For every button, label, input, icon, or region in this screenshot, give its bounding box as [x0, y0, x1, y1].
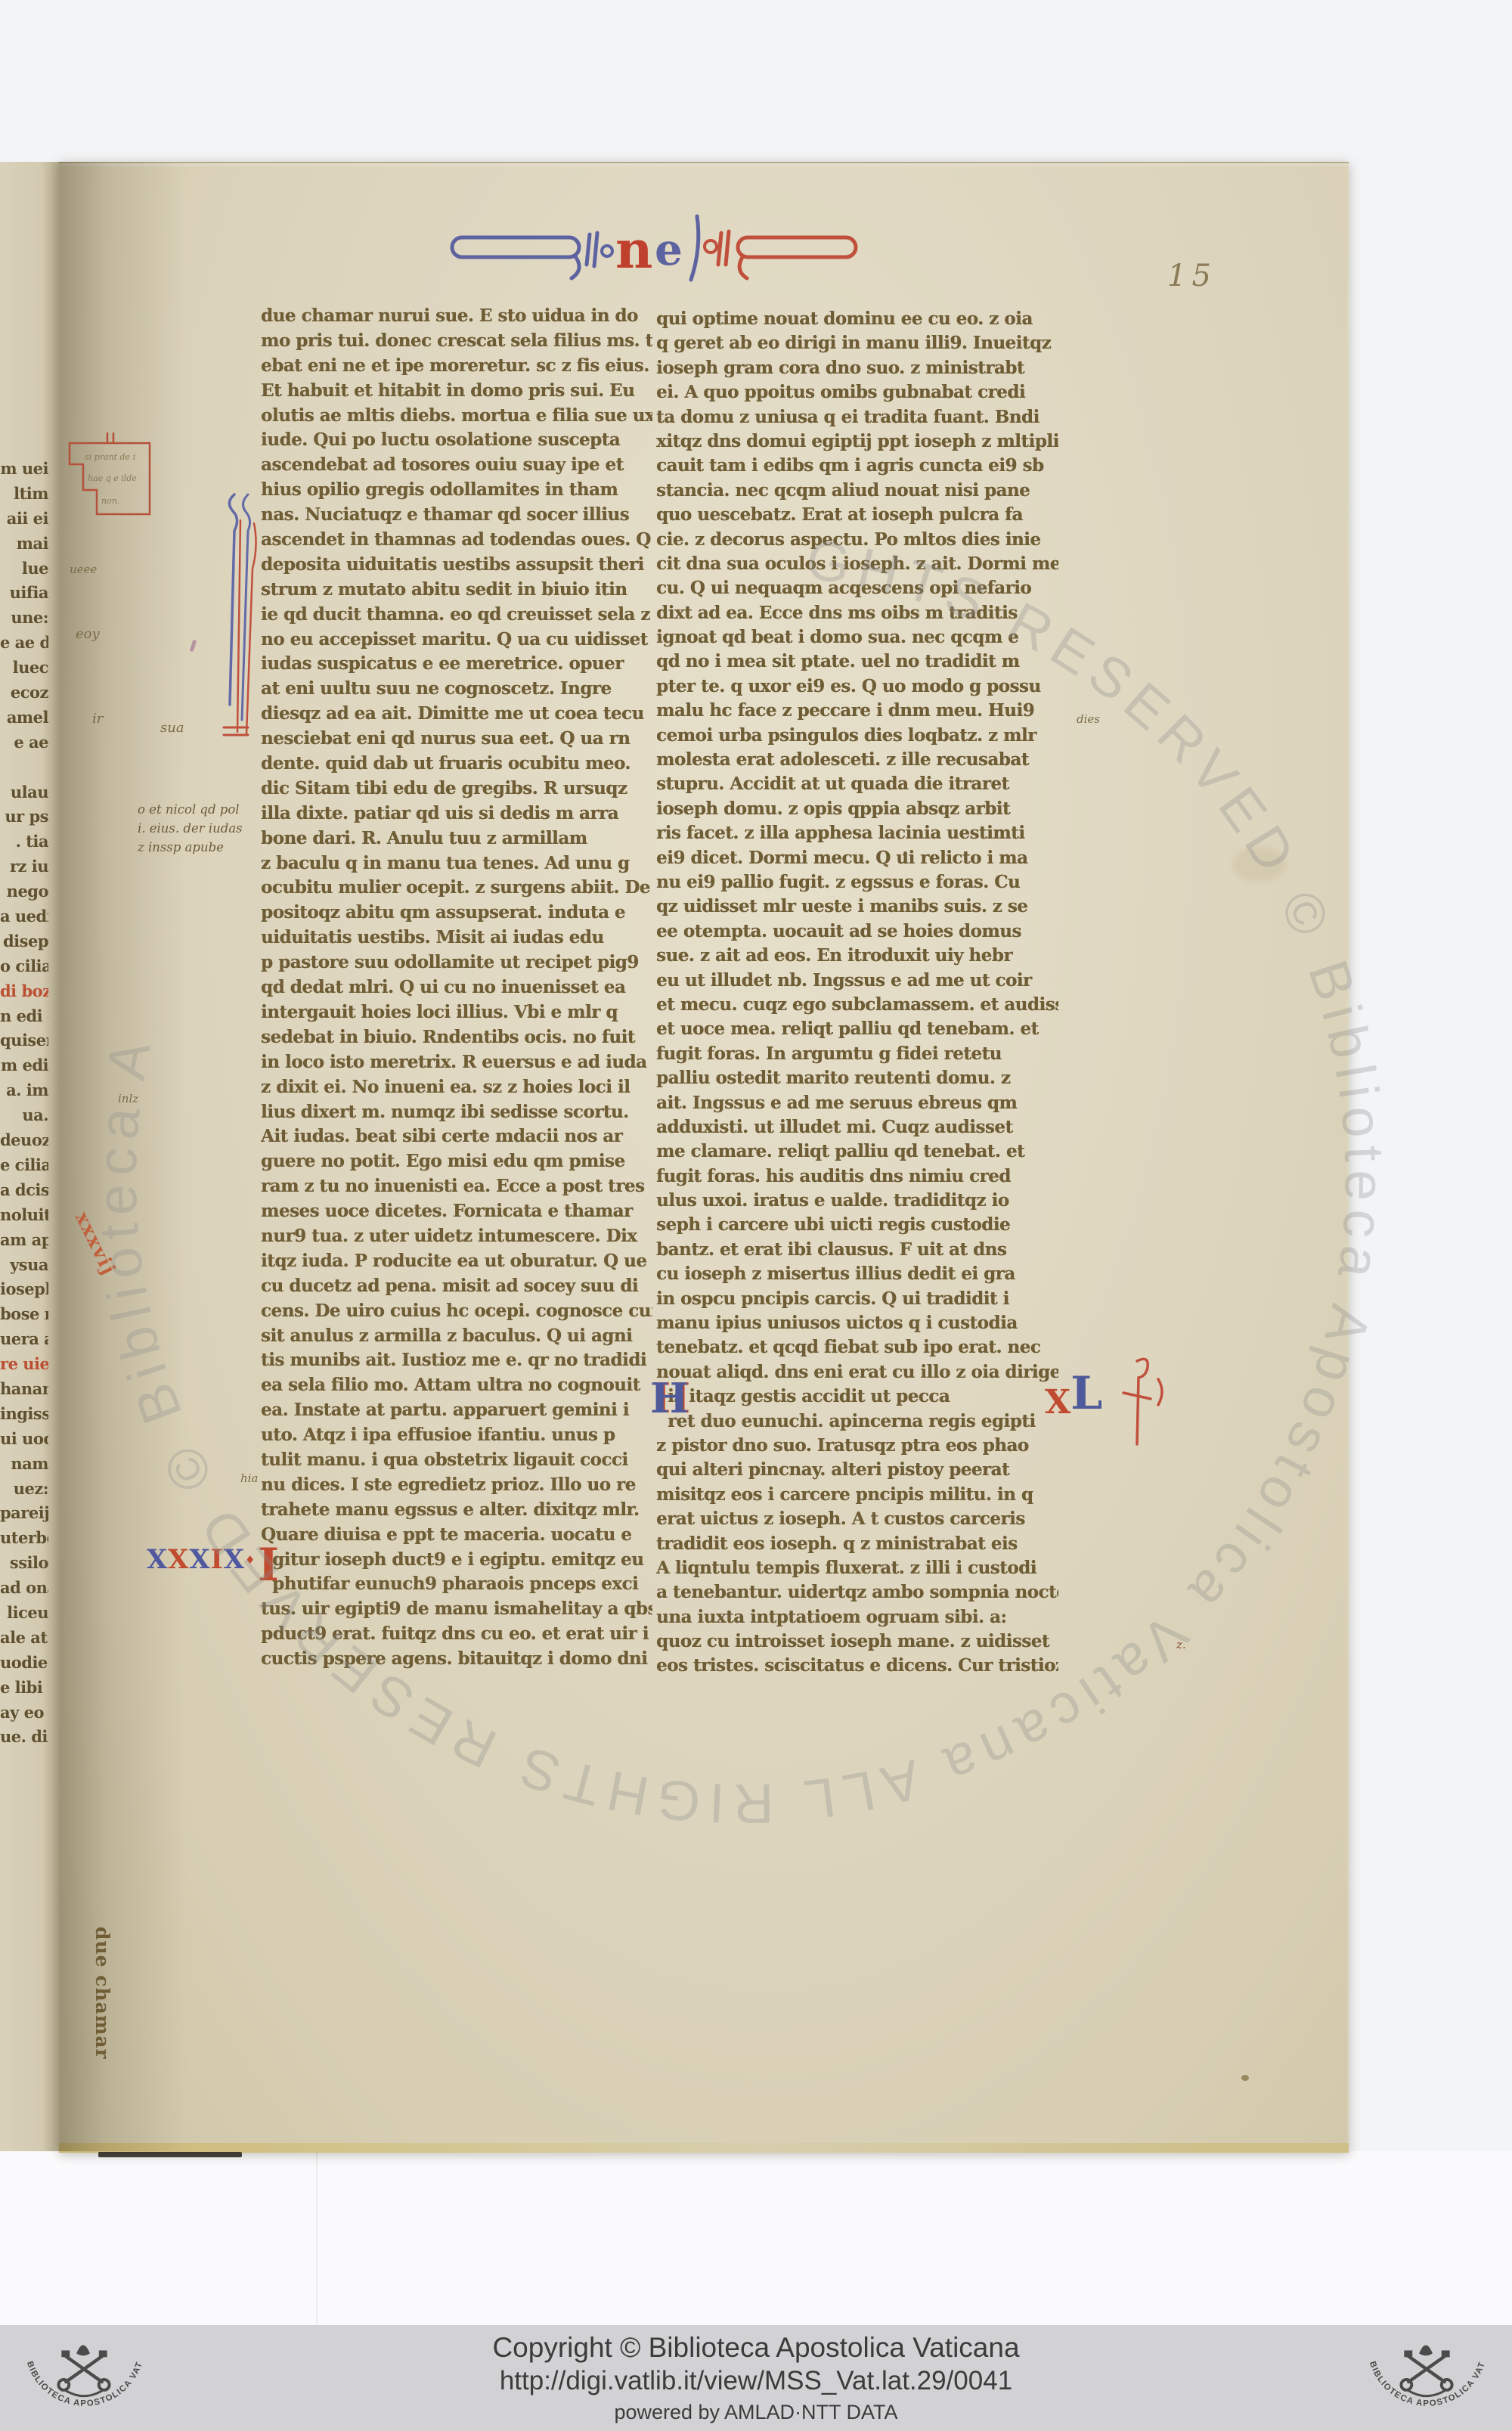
manuscript-text-line: qui alteri pincnay. alteri pistoy peerat	[656, 1458, 1058, 1482]
catchword: due chamar	[91, 1927, 113, 2060]
header-letter-n: n	[615, 220, 652, 281]
manuscript-text-line: une:	[0, 606, 48, 631]
manuscript-text-line: ecoz	[0, 681, 48, 705]
manuscript-text-line: ur ps	[0, 805, 48, 829]
manuscript-text-line: e libi fiz	[0, 1676, 48, 1701]
manuscript-text-line: seph i carcere ubi uicti regis custodie	[656, 1213, 1058, 1237]
manuscript-text-line: gitur ioseph duct9 e i egiptu. emitqz eu	[261, 1548, 652, 1573]
manuscript-text-line: manu ipius uniusos uictos q i custodia	[656, 1311, 1058, 1335]
manuscript-text-line: cu ioseph z misertus illius dedit ei gra	[656, 1262, 1058, 1286]
manuscript-text-line: misitqz eos i carcere pncipis militu. in…	[656, 1483, 1058, 1507]
manuscript-text-line: nu ei9 pallio fugit. z egssus e foras. C…	[656, 870, 1058, 895]
manuscript-text-line: ui uoca	[0, 1427, 48, 1452]
manuscript-text-line: Quare diuisa e ppt te maceria. uocatu e	[261, 1523, 652, 1548]
manuscript-text-line: et mecu. cuqz ego subclamassem. et audis…	[656, 993, 1058, 1017]
manuscript-text-line: qz uidisset mlr ueste i manibs suis. z s…	[656, 895, 1058, 919]
manuscript-text-line: ad ona	[0, 1576, 48, 1601]
manuscript-text-line: disep	[0, 929, 48, 954]
margin-note-cursive: o et nicol qd pol i. eius. der iudas z i…	[138, 800, 243, 857]
manuscript-text-line: z dixit ei. No inueni ea. sz z hoies loc…	[261, 1075, 652, 1100]
manuscript-text-line: hanan	[0, 1377, 48, 1402]
manuscript-text-line: re uie	[0, 1352, 48, 1377]
manuscript-text-line: ie qd ducit thamna. eo qd creuisset sela…	[261, 603, 652, 628]
header-blue-flourish	[452, 233, 612, 278]
header-letter-e: e	[655, 224, 683, 275]
manuscript-text-line: uera asm	[0, 1327, 48, 1352]
manuscript-text-line: cauit tam i edibs qm i agris cuncta ei9 …	[656, 454, 1058, 478]
manuscript-text-line	[0, 755, 48, 780]
manuscript-text-line: sit anulus z armilla z baculus. Q ui agn…	[261, 1324, 652, 1349]
chapter40-x: X	[1045, 1383, 1070, 1422]
manuscript-text-line: adduxisti. ut illudet mi. Cuqz audisset	[656, 1115, 1058, 1140]
chapter40-l: L	[1070, 1367, 1102, 1420]
manuscript-text-line: et uoce mea. reliqt palliu qd tenebam. e…	[656, 1017, 1058, 1041]
manuscript-text-line: ulau	[0, 780, 48, 805]
manuscript-text-line	[0, 1750, 48, 1775]
manuscript-text-line: at eni uultu suu ne cognoscetz. Ingre	[261, 677, 652, 702]
manuscript-text-line: guere no potit. Ego misi edu qm pmise	[261, 1149, 652, 1174]
manuscript-text-line: ea. Instate at partu. apparuert gemini i	[261, 1398, 652, 1423]
margin-note-zmark: z.	[1176, 1638, 1186, 1651]
manuscript-text-line: trahete manu egssus e alter. dixitqz mlr…	[261, 1498, 652, 1523]
manuscript-text-line: a uedi	[0, 904, 48, 929]
manuscript-text-line: nu dices. I ste egredietz prioz. Illo uo…	[261, 1473, 652, 1498]
manuscript-text-line: pter te. q uxor ei9 es. Q uo modo g poss…	[656, 674, 1058, 699]
manuscript-text-line: z baculu q in manu tua tenes. Ad unu g	[261, 851, 652, 876]
manuscript-text-line: noluit	[0, 1203, 48, 1228]
manuscript-text-line: ee otempta. uocauit ad se hoies domus	[656, 919, 1058, 944]
manuscript-text-line: me clamare. reliqt palliu qd tenebat. et	[656, 1140, 1058, 1164]
manuscript-text-line: e ae di	[0, 631, 48, 656]
manuscript-text-line: liceu	[0, 1601, 48, 1626]
manuscript-text-line	[0, 1800, 48, 1825]
manuscript-text-line: am ap:	[0, 1228, 48, 1253]
manuscript-text-line: ulus uxoi. iratus e ualde. tradiditqz io	[656, 1189, 1058, 1213]
gloss-box: si prant de i hae q e ilde non.	[65, 429, 154, 535]
manuscript-text-line: is itaqz gestis accidit ut pecca	[656, 1384, 1058, 1409]
digitized-manuscript-viewer: { "window": { "folio_number": "15" }, "h…	[0, 0, 1512, 2431]
verso-text-fragments: m ueiltimaii eimailueuifiaune:e ae dilue…	[0, 457, 48, 1825]
manuscript-text-line: cit dna sua oculos i ioseph. z ait. Dorm…	[656, 552, 1058, 576]
manuscript-text-line: mai	[0, 532, 48, 557]
backdrop-paper-seam	[316, 2152, 318, 2325]
initial-igitur: I	[258, 1543, 279, 1588]
manuscript-text-line: Ait iudas. beat sibi certe mdacii nos ar	[261, 1124, 652, 1149]
manuscript-text-line: nego	[0, 879, 48, 904]
manuscript-text-line: a tenebantur. uidertqz ambo sompnia noct…	[656, 1580, 1058, 1605]
manuscript-text-line: ay eo qd	[0, 1701, 48, 1726]
manuscript-text-line: quoz cu introisset ioseph mane. z uidiss…	[656, 1629, 1058, 1654]
manuscript-text-line: ale at sole	[0, 1626, 48, 1651]
manuscript-text-line: stupru. Accidit at ut quada die itraret	[656, 772, 1058, 796]
chapter40-red-flourish	[1117, 1353, 1185, 1452]
manuscript-text-line: molesta erat adolesceti. z ille recusaba…	[656, 748, 1058, 772]
manuscript-text-line: diesqz ad ea ait. Dimitte me ut coea tec…	[261, 702, 652, 727]
manuscript-text-line: ram z tu no inuenisti ea. Ecce a post tr…	[261, 1174, 652, 1199]
manuscript-text-line: p pastore suu odollamite ut recipet pig9	[261, 950, 652, 975]
chapter-number-40: XL	[1045, 1367, 1102, 1422]
manuscript-text-line: ei9 dicet. Dormi mecu. Q ui relicto i ma	[656, 846, 1058, 870]
manuscript-text-line: cuctis pspere agens. bitauitqz i domo dn…	[261, 1647, 652, 1672]
manuscript-text-line: quiser	[0, 1028, 48, 1053]
manuscript-text-line: ris facet. z illa apphesa lacinia uestim…	[656, 821, 1058, 845]
manuscript-text-line: dente. quid dab ut fruaris ocubitu meo.	[261, 752, 652, 777]
text-column-right: qui optime nouat dominu ee cu eo. z oiaq…	[656, 307, 1058, 1679]
margin-note-ueee: ueee	[70, 563, 97, 576]
manuscript-text-line: ysua	[0, 1253, 48, 1278]
manuscript-text-line: e cilia	[0, 1153, 48, 1178]
manuscript-text-line: hius opilio gregis odollamites in tham	[261, 478, 652, 503]
manuscript-text-line: A liqntulu tempis fluxerat. z illi i cus…	[656, 1556, 1058, 1580]
gloss-box-line: hae q e ilde	[88, 473, 137, 483]
manuscript-text-line: ebat eni ne et ipe moreretur. sc z fis e…	[261, 354, 652, 379]
chapter39-letter: X	[224, 1544, 245, 1575]
manuscript-text-line: meses uoce dicetes. Fornicata e thamar	[261, 1199, 652, 1224]
manuscript-text-line: sedebat in biuio. Rndentibs ocis. no fui…	[261, 1025, 652, 1050]
manuscript-text-line: fugit foras. In argumtu g fidei retetu	[656, 1042, 1058, 1066]
gutter-paraph-flourish	[212, 488, 283, 776]
margin-note-mlz: inlz	[118, 1092, 138, 1105]
parchment-discoloration	[1232, 847, 1285, 882]
footer-text: Copyright © Biblioteca Apostolica Vatica…	[0, 2331, 1512, 2426]
manuscript-text-line: qd dedat mlri. Q ui cu no inuenisset ea	[261, 975, 652, 1000]
manuscript-text-line: bose ma	[0, 1302, 48, 1327]
manuscript-text-line: tenebatz. et qcqd fiebat sub ipo erat. n…	[656, 1335, 1058, 1360]
parchment-speck	[903, 851, 907, 855]
manuscript-text-line: ue. diz ui	[0, 1725, 48, 1750]
manuscript-text-line: . tia	[0, 829, 48, 854]
manuscript-text-line: nas. Nuciatuqz e thamar qd socer illius	[261, 503, 652, 528]
manuscript-text-line: o cilia	[0, 954, 48, 979]
manuscript-text-line: deposita uiduitatis uestibs assupsit the…	[261, 553, 652, 578]
manuscript-text-line: luec	[0, 656, 48, 681]
manuscript-text-line: bone dari. R. Anulu tuu z armillam	[261, 826, 652, 851]
manuscript-text-line: m edi	[0, 1053, 48, 1078]
manuscript-text-line: qd no i mea sit ptate. uel no tradidit m	[656, 650, 1058, 674]
manuscript-text-line: m uei	[0, 457, 48, 482]
manuscript-text-line: una iuxta intptatioem ogruam sibi. a:	[656, 1605, 1058, 1629]
manuscript-text-line: itqz iuda. P roducite ea ut oburatur. Q …	[261, 1249, 652, 1274]
manuscript-text-line: cens. De uiro cuius hc ocepi. cognosce c…	[261, 1299, 652, 1324]
gloss-box-line: non.	[101, 496, 119, 506]
parchment-stain	[1241, 2075, 1249, 2081]
manuscript-text-line: no eu accepisset maritu. Q ua cu uidisse…	[261, 628, 652, 653]
manuscript-text-line: cu. Q ui nequaqm acqescens opi nefario	[656, 576, 1058, 600]
manuscript-text-line: ioseph	[0, 1277, 48, 1302]
chapter39-diamond: ♦	[245, 1553, 256, 1567]
vatican-emblem	[58, 2346, 109, 2396]
manuscript-text-line: nam	[0, 1452, 48, 1477]
manuscript-text-line: strum z mutato abitu sedit in biuio itin	[261, 578, 652, 603]
manuscript-text-line: nesciebat eni qd nurus sua eet. Q ua rn	[261, 727, 652, 752]
footer-copyright: Copyright © Biblioteca Apostolica Vatica…	[0, 2331, 1512, 2364]
manuscript-text-line: n edi q	[0, 1004, 48, 1029]
chapter-number-39: XXXIX♦	[147, 1544, 256, 1575]
manuscript-text-line: ioseph gram cora dno suo. z ministrabt	[656, 356, 1058, 380]
manuscript-text-line: ret duo eunuchi. apincerna regis egipti	[656, 1409, 1058, 1434]
manuscript-text-line: e ae	[0, 730, 48, 755]
manuscript-text-line: in loco isto meretrix. R euersus e ad iu…	[261, 1050, 652, 1075]
manuscript-text-line: palliu ostedit marito reutenti domu. z	[656, 1066, 1058, 1090]
manuscript-text-line: erat uictus z ioseph. A t custos carceri…	[656, 1507, 1058, 1531]
manuscript-text-line: uifia	[0, 581, 48, 606]
manuscript-text-line: deuoza	[0, 1128, 48, 1153]
manuscript-text-line: a dcis	[0, 1178, 48, 1203]
manuscript-text-line: cemoi urba psingulos dies loqbatz. z mlr	[656, 724, 1058, 748]
manuscript-text-line: lius dixert m. numqz ibi sedisse scortu.	[261, 1100, 652, 1125]
manuscript-text-line: illa dixte. patiar qd uis si dedis m arr…	[261, 802, 652, 826]
margin-note-dies: dies	[1077, 712, 1100, 726]
manuscript-text-line: ea sela filio mo. Attam ultra no cognoui…	[261, 1373, 652, 1398]
manuscript-text-line: intergauit hoies loci illius. Vbi e mlr …	[261, 1000, 652, 1025]
text-column-left: due chamar nurui sue. E sto uidua in dom…	[261, 304, 652, 1672]
parchment-deckle-edge	[59, 2143, 1349, 2153]
manuscript-text-line: tus. uir egipti9 de manu ismahelitay a q…	[261, 1597, 652, 1622]
manuscript-text-line: tulit manu. i qua obstetrix ligauit cocc…	[261, 1448, 652, 1473]
margin-note-eoy: eoy	[76, 626, 100, 642]
manuscript-text-line: pareij	[0, 1501, 48, 1526]
manuscript-text-line: ioseph domu. z opis qppia absqz arbit	[656, 797, 1058, 821]
manuscript-text-line: aii ei	[0, 507, 48, 532]
manuscript-text-line: quo uescebatz. Erat at ioseph pulcra fa	[656, 503, 1058, 527]
manuscript-text-line: tradidit eos ioseph. q z ministrabat eis	[656, 1532, 1058, 1556]
manuscript-text-line: ei. A quo ppoitus omibs gubnabat credi	[656, 380, 1058, 405]
verso-page-strip: m ueiltimaii eimailueuifiaune:e ae dilue…	[0, 162, 59, 2151]
footer-powered-by: powered by AMLAD·NTT DATA	[0, 2398, 1512, 2426]
manuscript-text-line: pduct9 erat. fuitqz dns cu eo. et erat u…	[261, 1622, 652, 1647]
header-long-s-stroke	[691, 216, 699, 280]
manuscript-text-line: amel	[0, 705, 48, 730]
manuscript-text-line: q geret ab eo dirigi in manu illi9. Inue…	[656, 331, 1058, 355]
chapter39-letter: X	[168, 1544, 189, 1575]
footer-url: http://digi.vatlib.it/view/MSS_Vat.lat.2…	[0, 2364, 1512, 2398]
footer-bar: Copyright © Biblioteca Apostolica Vatica…	[0, 2325, 1512, 2431]
gloss-box-line: si prant de i	[85, 452, 135, 462]
manuscript-text-line: iude. Qui po luctu osolatione suscepta	[261, 428, 652, 453]
manuscript-text-line: rz iu	[0, 854, 48, 879]
manuscript-text-line: phutifar eunuch9 pharaois pnceps exci	[261, 1572, 652, 1597]
manuscript-text-line: qui optime nouat dominu ee cu eo. z oia	[656, 307, 1058, 331]
manuscript-text-line: xitqz dns domui egiptij ppt ioseph z mlt…	[656, 429, 1058, 454]
margin-note-ir: ir	[92, 711, 103, 727]
chapter39-letter: I	[210, 1544, 223, 1575]
photo-backdrop	[0, 2151, 1512, 2325]
manuscript-text-line: due chamar nurui sue. E sto uidua in do	[261, 304, 652, 329]
manuscript-text-line: ignoat qd beat i domo sua. nec qcqm e	[656, 625, 1058, 650]
manuscript-text-line: stancia. nec qcqm aliud nouat nisi pane	[656, 479, 1058, 503]
manuscript-text-line: di boz	[0, 979, 48, 1004]
manuscript-text-line: positoqz abitu qm assupserat. induta e	[261, 901, 652, 926]
manuscript-text-line: tis munibs ait. Iustioz me e. qr no trad…	[261, 1348, 652, 1373]
manuscript-text-line: ait. Ingssus e ad me seruus ebreus qm	[656, 1091, 1058, 1115]
manuscript-text-line: malu hc face z peccare i dnm meu. Hui9	[656, 699, 1058, 723]
manuscript-text-line: ltim	[0, 482, 48, 507]
manuscript-text-line: ingisse	[0, 1402, 48, 1427]
chapter39-letter: X	[147, 1544, 168, 1575]
manuscript-text-line: cie. z decorus aspectu. Po mltos dies in…	[656, 528, 1058, 552]
manuscript-text-line: olutis ae mltis diebs. mortua e filia su…	[261, 404, 652, 429]
chapter39-letter: X	[189, 1544, 210, 1575]
manuscript-text-line: uiduitatis uestibs. Misit ai iudas edu	[261, 926, 652, 950]
initial-his: H	[650, 1378, 689, 1419]
manuscript-text-line: uodie i	[0, 1651, 48, 1676]
cursive-line: z inssp apube	[138, 838, 243, 857]
margin-note-sua: sua	[160, 720, 184, 736]
vatican-emblem	[1401, 2346, 1452, 2396]
manuscript-text-line: ascendet in thamnas ad todendas oues. Q	[261, 528, 652, 553]
manuscript-text-line: mo pris tui. donec crescat sela filius m…	[261, 329, 652, 354]
manuscript-text-line: bantz. et erat ibi clausus. F uit at dns	[656, 1238, 1058, 1262]
cursive-line: o et nicol qd pol	[138, 800, 243, 819]
manuscript-text-line: ocubitu mulier ocepit. z surgens abiit. …	[261, 876, 652, 901]
folio-number: 15	[1167, 259, 1216, 293]
header-red-flourish	[705, 231, 856, 278]
manuscript-text-line: ua.	[0, 1103, 48, 1128]
manuscript-text-line: dic Sitam tibi edu de gregibs. R ursuqz	[261, 777, 652, 802]
manuscript-text-line: uto. Atqz i ipa effusioe ifantiu. unus p	[261, 1423, 652, 1448]
manuscript-text-line: uterber	[0, 1526, 48, 1551]
manuscript-text-line: fugit foras. his auditis dns nimiu cred	[656, 1164, 1058, 1189]
manuscript-text-line: nouat aliqd. dns eni erat cu illo z oia …	[656, 1360, 1058, 1384]
manuscript-text-line	[0, 1775, 48, 1800]
manuscript-text-line: ascendebat ad tosores ouiu suay ipe et	[261, 453, 652, 478]
manuscript-text-line: nur9 tua. z uter uidetz intumescere. Dix	[261, 1224, 652, 1249]
manuscript-text-line: lue	[0, 557, 48, 581]
gloss-box-tick	[107, 433, 113, 443]
manuscript-text-line: eu ut illudet nb. Ingssus e ad me ut coi…	[656, 969, 1058, 993]
manuscript-text-line: cu ducetz ad pena. misit ad socey suu di	[261, 1274, 652, 1299]
manuscript-text-line: iudas suspicatus e ee meretrice. opuer	[261, 652, 652, 677]
manuscript-text-line: z pistor dno suo. Iratusqz ptra eos phao	[656, 1434, 1058, 1458]
margin-note-hia: hia	[240, 1471, 258, 1485]
binding-shadow	[98, 2152, 242, 2157]
manuscript-text-line: sue. z ait ad eos. En itroduxit uiy hebr	[656, 944, 1058, 968]
manuscript-text-line: uez:	[0, 1477, 48, 1502]
manuscript-text-line: dixt ad ea. Ecce dns ms oibs m traditis	[656, 601, 1058, 625]
cursive-line: i. eius. der iudas	[138, 819, 243, 838]
running-header-ornament: n e	[448, 212, 865, 284]
manuscript-text-line: eos tristes. sciscitatus e dicens. Cur t…	[656, 1654, 1058, 1678]
manuscript-text-line: ta domu z uniusa q ei tradita fuant. Bnd…	[656, 405, 1058, 429]
manuscript-text-line: a. im	[0, 1078, 48, 1103]
manuscript-text-line: Et habuit et hitabit in domo pris sui. E…	[261, 379, 652, 404]
vatican-library-logo-left: BIBLIOTECA APOSTOLICA VATICANA	[21, 2330, 148, 2427]
manuscript-text-line: ssilo	[0, 1551, 48, 1576]
manuscript-text-line: in ospcu pncipis carcis. Q ui tradidit i	[656, 1287, 1058, 1311]
vatican-library-logo-right: BIBLIOTECA APOSTOLICA VATICANA	[1364, 2330, 1491, 2427]
